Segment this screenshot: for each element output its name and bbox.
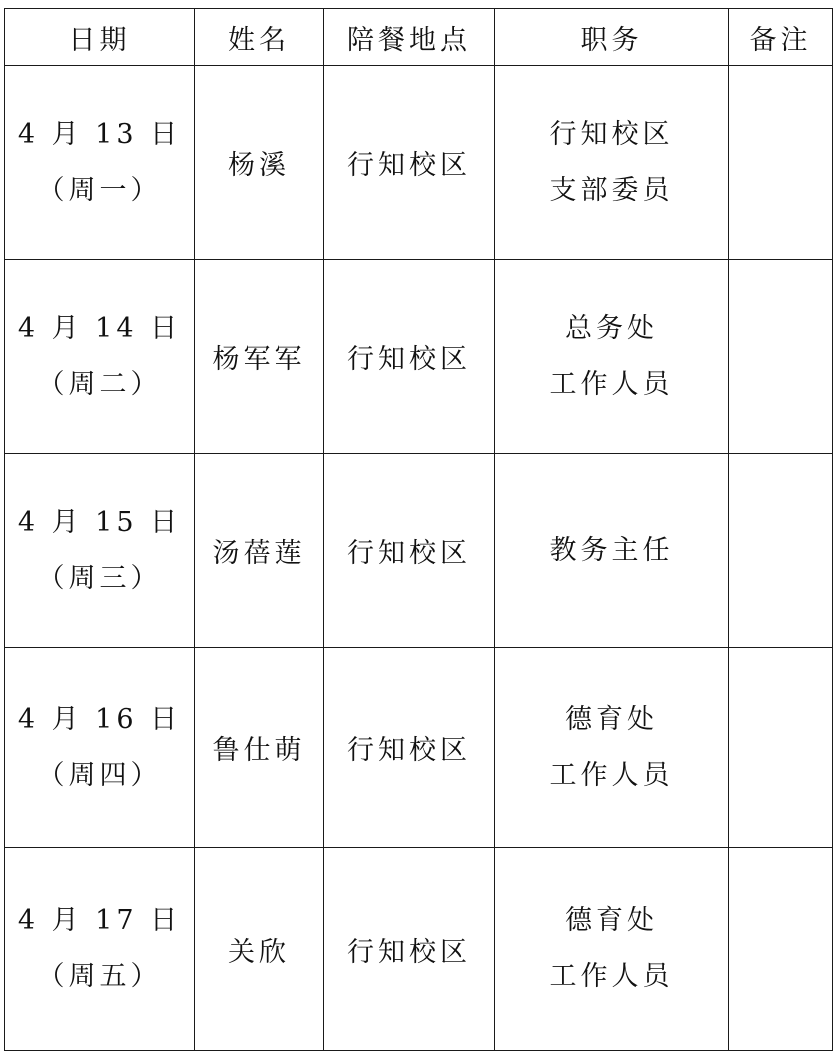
header-name: 姓名 xyxy=(195,9,324,66)
table-row: 4 月 17 日（周五） 关欣 行知校区 德育处工作人员 xyxy=(5,848,833,1051)
header-location: 陪餐地点 xyxy=(324,9,495,66)
location-cell: 行知校区 xyxy=(324,260,495,454)
note-cell xyxy=(729,454,833,648)
table-row: 4 月 16 日（周四） 鲁仕萌 行知校区 德育处工作人员 xyxy=(5,648,833,848)
name-cell: 汤蓓莲 xyxy=(195,454,324,648)
header-note: 备注 xyxy=(729,9,833,66)
table-row: 4 月 15 日（周三） 汤蓓莲 行知校区 教务主任 xyxy=(5,454,833,648)
role-cell: 行知校区支部委员 xyxy=(495,66,729,260)
date-cell: 4 月 13 日（周一） xyxy=(5,66,195,260)
note-cell xyxy=(729,848,833,1051)
note-cell xyxy=(729,260,833,454)
location-cell: 行知校区 xyxy=(324,648,495,848)
location-cell: 行知校区 xyxy=(324,848,495,1051)
table-row: 4 月 13 日（周一） 杨溪 行知校区 行知校区支部委员 xyxy=(5,66,833,260)
header-date: 日期 xyxy=(5,9,195,66)
note-cell xyxy=(729,648,833,848)
role-cell: 德育处工作人员 xyxy=(495,648,729,848)
date-cell: 4 月 14 日（周二） xyxy=(5,260,195,454)
role-cell: 总务处工作人员 xyxy=(495,260,729,454)
name-cell: 杨军军 xyxy=(195,260,324,454)
header-role: 职务 xyxy=(495,9,729,66)
date-cell: 4 月 15 日（周三） xyxy=(5,454,195,648)
name-cell: 鲁仕萌 xyxy=(195,648,324,848)
date-cell: 4 月 16 日（周四） xyxy=(5,648,195,848)
name-cell: 杨溪 xyxy=(195,66,324,260)
location-cell: 行知校区 xyxy=(324,454,495,648)
note-cell xyxy=(729,66,833,260)
header-row: 日期 姓名 陪餐地点 职务 备注 xyxy=(5,9,833,66)
name-cell: 关欣 xyxy=(195,848,324,1051)
meal-accompany-table: 日期 姓名 陪餐地点 职务 备注 4 月 13 日（周一） 杨溪 行知校区 行知… xyxy=(4,8,833,1051)
date-cell: 4 月 17 日（周五） xyxy=(5,848,195,1051)
role-cell: 教务主任 xyxy=(495,454,729,648)
table-row: 4 月 14 日（周二） 杨军军 行知校区 总务处工作人员 xyxy=(5,260,833,454)
location-cell: 行知校区 xyxy=(324,66,495,260)
role-cell: 德育处工作人员 xyxy=(495,848,729,1051)
